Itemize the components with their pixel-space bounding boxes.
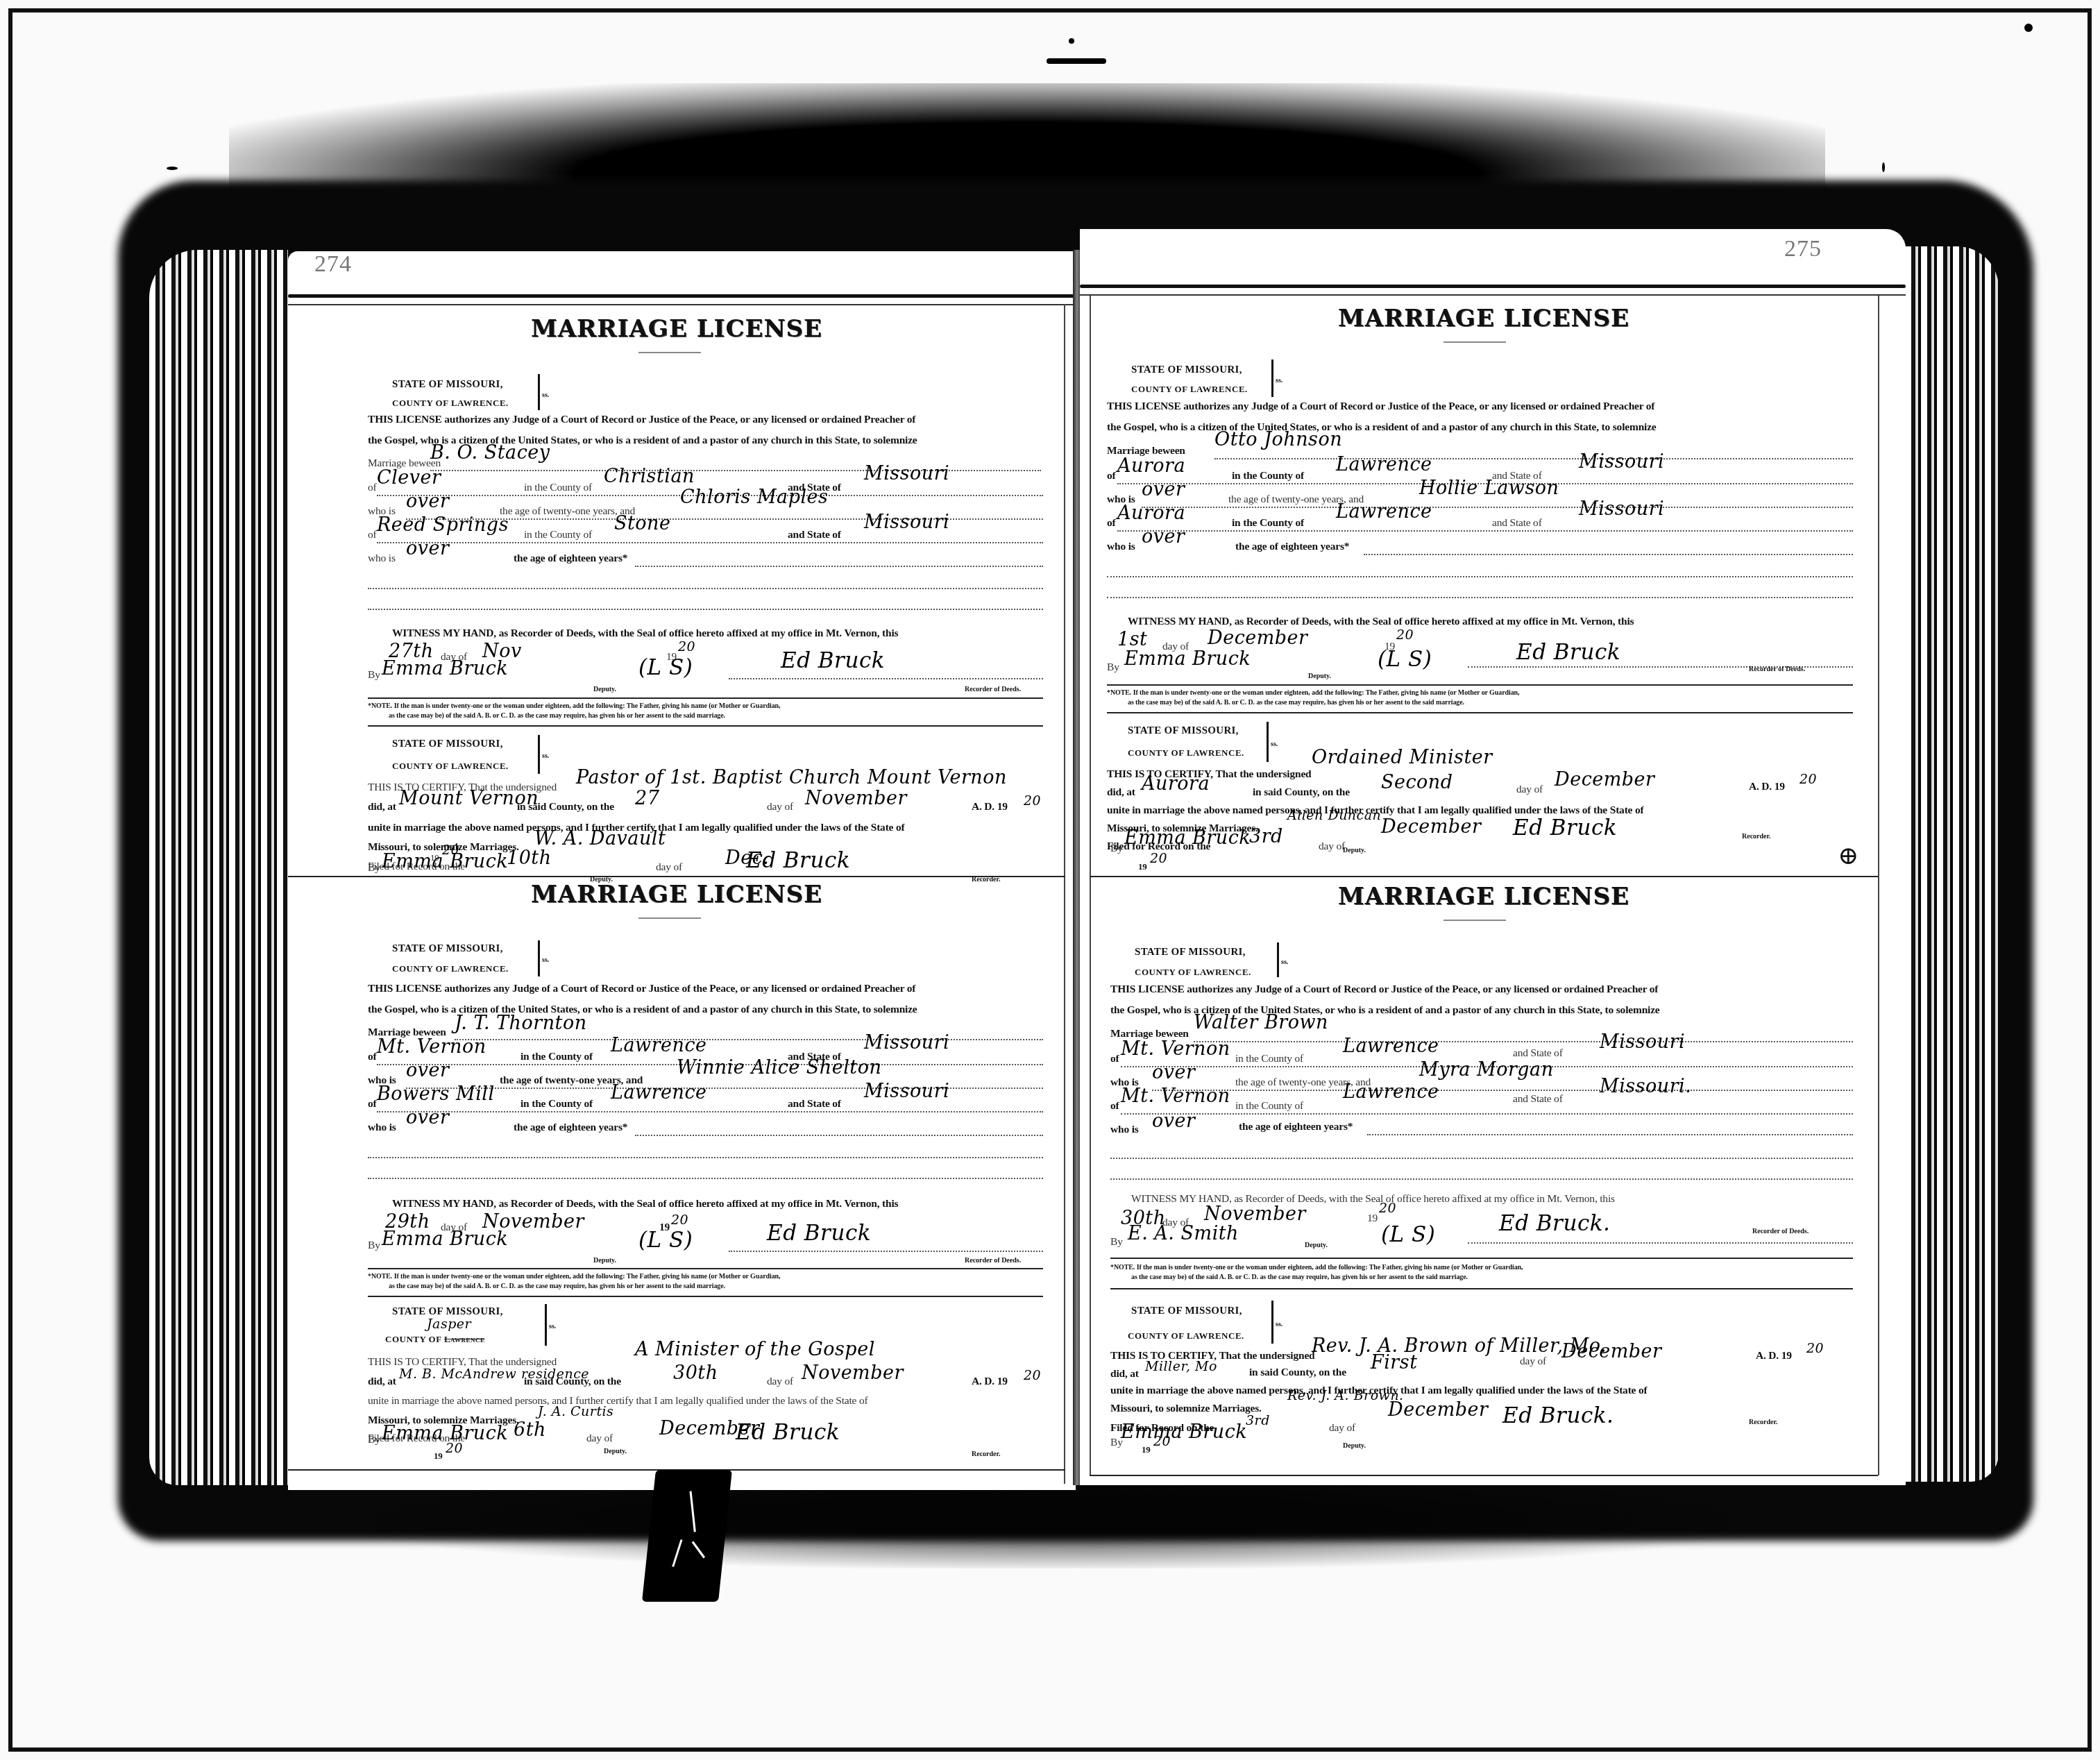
fill-line	[1107, 597, 1853, 598]
groom-name: B. O. Stacey	[430, 443, 550, 462]
ss-label: ss.	[542, 753, 549, 760]
bracket	[1271, 359, 1273, 397]
note-rule	[1107, 712, 1853, 713]
fill-line	[635, 1135, 1043, 1136]
county-label: COUNTY OF LAWRENCE.	[392, 761, 509, 770]
county-label: COUNTY OF LAWRENCE.	[1128, 1331, 1244, 1340]
note-rule	[368, 1268, 1043, 1269]
seal-mark: (L S)	[638, 657, 693, 679]
filed-deputy-signature: Emma Bruck	[1124, 827, 1251, 849]
ceremony-year: 20	[1024, 1369, 1041, 1382]
fill-line	[1110, 1178, 1853, 1180]
filed-deputy-signature: Emma Bruck	[1121, 1421, 1247, 1443]
bride-residence: Mt. Vernon	[1121, 1087, 1230, 1106]
label-year: 19	[434, 1450, 443, 1462]
deputy-signature: E. A. Smith	[1128, 1224, 1239, 1243]
label-recorder: Recorder.	[1749, 1419, 1778, 1426]
label-of: of	[368, 1099, 377, 1110]
bride-state: Missouri	[864, 513, 949, 532]
deputy-signature: Emma Bruck	[382, 1230, 508, 1249]
recorder-signature: Ed Bruck.	[1499, 1213, 1610, 1235]
label-deputy: Deputy.	[604, 1448, 627, 1455]
bride-name: Hollie Lawson	[1419, 479, 1559, 498]
page-edges-left	[149, 250, 288, 1485]
label-of: of	[368, 482, 377, 493]
bracket	[538, 735, 540, 774]
state-label: STATE OF MISSOURI,	[392, 380, 503, 390]
officiant-signature: Allen Duncan	[1287, 809, 1381, 822]
license-text: the Gospel, who is a citizen of the Unit…	[1110, 1005, 1660, 1016]
recorder-signature: Ed Bruck	[767, 1223, 871, 1244]
filed-month: December	[1388, 1401, 1489, 1419]
ceremony-place: Aurora	[1142, 775, 1210, 793]
label-deputy: Deputy.	[590, 876, 613, 883]
deputy-signature: Emma Bruck	[1124, 650, 1251, 668]
officiant-title: Pastor of 1st. Baptist Church Mount Vern…	[576, 768, 1007, 787]
label-year: 19	[1142, 1445, 1151, 1454]
page-margin-line	[1878, 296, 1879, 1475]
groom-age: over	[406, 1061, 449, 1080]
license-title: MARRIAGE LICENSE	[288, 317, 1065, 341]
ceremony-year: 20	[1800, 773, 1817, 786]
groom-name: Otto Johnson	[1214, 430, 1342, 449]
label-day-of: day of	[1319, 841, 1345, 852]
label-said-county: in said County, on the	[517, 802, 614, 813]
label-county: in the County of	[1232, 518, 1304, 529]
license-title: MARRIAGE LICENSE	[288, 883, 1065, 906]
film-speck	[167, 167, 178, 170]
label-by: By	[368, 670, 380, 681]
bride-residence: Reed Springs	[377, 516, 509, 534]
page-header-rule	[1080, 294, 1906, 296]
fill-line	[368, 1157, 1043, 1158]
filed-deputy-signature: Emma Bruck	[382, 1423, 508, 1444]
county-struck: Lawrence	[444, 1334, 485, 1344]
label-who-is: who is	[368, 1122, 396, 1133]
groom-age: over	[406, 492, 449, 511]
license-text: THIS LICENSE authorizes any Judge of a C…	[368, 983, 915, 995]
seal-mark: (L S)	[638, 1230, 693, 1251]
label-of: of	[1110, 1101, 1119, 1112]
bride-state: Missouri	[1579, 500, 1664, 518]
witness-year: 20	[671, 1214, 688, 1227]
ceremony-day: 27	[635, 789, 659, 808]
label-did-at: did, at	[368, 1376, 396, 1387]
license-title: MARRIAGE LICENSE	[1090, 885, 1878, 908]
officiant-signature: W. A. Davault	[534, 829, 666, 848]
label-by: By	[1107, 662, 1119, 673]
label-day-of: day of	[767, 802, 793, 813]
page-header-rule	[288, 304, 1076, 305]
bracket	[1277, 942, 1279, 977]
fill-line	[1194, 1041, 1853, 1042]
label-state: and State of	[1513, 1094, 1563, 1105]
note-rule	[368, 1296, 1043, 1297]
witness-text: WITNESS MY HAND, as Recorder of Deeds, w…	[1128, 616, 1634, 627]
license-text: THIS LICENSE authorizes any Judge of a C…	[1110, 984, 1658, 995]
bride-name: Winnie Alice Shelton	[677, 1058, 881, 1077]
note-text: as the case may be) of the said A. B. or…	[1128, 700, 1464, 706]
note-rule	[1110, 1258, 1853, 1259]
label-year: 19	[1367, 1213, 1378, 1224]
fill-line	[377, 1111, 1043, 1112]
filed-day: 3rd	[1246, 1414, 1270, 1428]
label-state: and State of	[1492, 518, 1542, 529]
label-who-is: who is	[368, 553, 396, 564]
note-text: as the case may be) of the said A. B. or…	[389, 1283, 725, 1290]
bracket	[538, 940, 540, 976]
label-deputy: Deputy.	[593, 1258, 616, 1264]
witness-year: 20	[1379, 1202, 1396, 1215]
note-rule	[368, 725, 1043, 727]
fill-line	[1214, 458, 1853, 459]
fill-line	[1364, 554, 1853, 555]
label-day-of: day of	[656, 861, 682, 874]
label-of: of	[368, 530, 377, 541]
deputy-signature: Emma Bruck	[382, 659, 508, 678]
groom-county: Lawrence	[1343, 1037, 1439, 1056]
groom-residence: Clever	[377, 468, 441, 487]
groom-county: Christian	[604, 467, 695, 486]
label-deputy: Deputy.	[1343, 1442, 1366, 1450]
solemnize-text: Missouri, to solemnize Marriages.	[1110, 1403, 1262, 1414]
witness-text: WITNESS MY HAND, as Recorder of Deeds, w…	[392, 628, 898, 639]
license-text: THIS LICENSE authorizes any Judge of a C…	[1107, 401, 1654, 412]
label-who-is: who is	[1107, 541, 1135, 552]
ceremony-month: November	[805, 789, 907, 808]
label-did-at: did, at	[1110, 1369, 1139, 1380]
label-day-of: day of	[1329, 1423, 1355, 1434]
ribbon-bookmark	[642, 1470, 732, 1602]
filed-deputy-signature: Emma Bruck	[382, 851, 508, 872]
groom-residence: Mt. Vernon	[377, 1038, 486, 1056]
bride-age: over	[406, 1108, 449, 1127]
state-label: STATE OF MISSOURI,	[1135, 947, 1246, 958]
filed-day: 3rd	[1249, 827, 1283, 846]
title-rule	[1443, 341, 1506, 343]
label-day-of: day of	[1516, 784, 1543, 795]
label-deputy: Deputy.	[1308, 673, 1331, 680]
fill-line	[377, 542, 1043, 543]
recorder-signature: Ed Bruck	[1516, 642, 1620, 663]
ss-label: ss.	[549, 1323, 556, 1330]
label-recorder: Recorder.	[1742, 833, 1771, 840]
page-header-rule	[1080, 285, 1906, 288]
recorder-signature: Ed Bruck	[781, 650, 885, 672]
label-state: and State of	[788, 530, 841, 541]
ceremony-day: 30th	[673, 1364, 718, 1382]
label-did-at: did, at	[1107, 787, 1135, 798]
title-rule	[1443, 920, 1506, 921]
fill-line	[635, 566, 1043, 567]
fill-line	[1107, 576, 1853, 577]
bride-age: over	[1142, 527, 1185, 546]
note-text: *NOTE. If the man is under twenty-one or…	[1107, 690, 1519, 697]
signature-line	[729, 678, 1043, 679]
filed-recorder-signature: Ed Bruck	[746, 848, 850, 873]
groom-age: over	[1142, 480, 1185, 499]
label-deputy: Deputy.	[1343, 847, 1366, 854]
note-rule	[368, 697, 1043, 699]
note-text: *NOTE. If the man is under twenty-one or…	[1110, 1264, 1523, 1271]
bride-state: Missouri	[864, 1082, 949, 1101]
note-text: *NOTE. If the man is under twenty-one or…	[368, 1274, 780, 1280]
label-who-is: who is	[1110, 1124, 1139, 1135]
label-state: and State of	[1513, 1048, 1563, 1059]
bracket	[545, 1304, 547, 1346]
ribbon-highlight	[692, 1541, 705, 1559]
groom-state: Missouri	[864, 1033, 949, 1052]
fill-line	[368, 609, 1043, 610]
filed-year: 20	[1150, 852, 1167, 865]
bride-residence: Bowers Mill	[377, 1085, 495, 1103]
groom-age: over	[1152, 1063, 1195, 1082]
bracket	[1267, 722, 1269, 762]
ceremony-year: 20	[1024, 795, 1041, 808]
label-by: By	[368, 1434, 380, 1446]
label-said-county: in said County, on the	[1249, 1367, 1346, 1378]
license-divider	[1090, 876, 1878, 877]
officiant-title: A Minister of the Gospel	[635, 1340, 875, 1359]
ribbon-highlight	[672, 1539, 682, 1567]
groom-residence: Mt. Vernon	[1121, 1040, 1230, 1058]
county-label: COUNTY OF LAWRENCE.	[392, 398, 509, 407]
bracket	[1271, 1301, 1273, 1344]
license-divider	[1090, 1475, 1878, 1476]
county-label: COUNTY OF LAWRENCE.	[1135, 967, 1251, 976]
groom-name: J. T. Thornton	[455, 1014, 587, 1033]
witness-day: 1st	[1117, 630, 1147, 649]
label-said-county: in said County, on the	[1253, 787, 1350, 798]
label-year: 19	[1138, 862, 1147, 871]
ceremony-year: 20	[1806, 1342, 1824, 1355]
witness-month: December	[1208, 629, 1308, 648]
label-county: in the County of	[1235, 1054, 1303, 1065]
label-of: of	[1110, 1054, 1119, 1065]
state-label: STATE OF MISSOURI,	[392, 1307, 503, 1317]
ceremony-month: December	[1561, 1342, 1662, 1361]
marriage-license-record: MARRIAGE LICENSE STATE OF MISSOURI, COUN…	[288, 879, 1065, 1469]
label-recorder-of-deeds: Recorder of Deeds.	[965, 686, 1021, 693]
fill-line	[1121, 1113, 1853, 1115]
note-rule	[1107, 684, 1853, 686]
license-text: the Gospel, who is a citizen of the Unit…	[1107, 422, 1657, 433]
ss-label: ss.	[1276, 378, 1282, 384]
label-ad: A. D. 19	[1756, 1351, 1792, 1362]
filed-day: 10th	[507, 849, 552, 868]
label-county: in the County of	[520, 1099, 593, 1110]
license-title: MARRIAGE LICENSE	[1090, 307, 1878, 330]
filed-recorder-signature: Ed Bruck	[736, 1420, 840, 1445]
title-rule	[638, 352, 701, 353]
page-header-rule	[288, 294, 1076, 298]
bride-county: Lawrence	[1343, 1083, 1439, 1101]
ss-label: ss.	[1281, 959, 1288, 966]
groom-name: Walter Brown	[1194, 1013, 1328, 1032]
label-did-at: did, at	[368, 802, 396, 813]
ceremony-place: Miller, Mo	[1145, 1360, 1217, 1373]
officiant-title: Ordained Minister	[1312, 748, 1493, 767]
county-label: COUNTY OF LAWRENCE.	[392, 964, 509, 973]
ss-label: ss.	[542, 957, 549, 964]
filed-month: December	[1381, 818, 1482, 836]
film-speck	[1069, 38, 1074, 44]
marriage-license-record: MARRIAGE LICENSE STATE OF MISSOURI, COUN…	[1090, 298, 1878, 874]
bride-state: Missouri.	[1600, 1077, 1691, 1096]
groom-residence: Aurora	[1117, 457, 1185, 475]
groom-state: Missouri	[864, 464, 949, 483]
note-text: as the case may be) of the said A. B. or…	[389, 713, 725, 720]
county-label-prefix: COUNTY OF	[385, 1334, 444, 1344]
bride-age: over	[406, 539, 449, 558]
label-county: in the County of	[524, 482, 592, 493]
witness-year: 20	[678, 641, 695, 654]
state-label: STATE OF MISSOURI,	[1131, 365, 1242, 375]
filed-recorder-signature: Ed Bruck.	[1502, 1403, 1614, 1428]
film-speck	[2024, 24, 2033, 32]
state-label: STATE OF MISSOURI,	[1131, 1306, 1242, 1317]
license-text: THIS LICENSE authorizes any Judge of a C…	[368, 414, 915, 425]
witness-year: 20	[1396, 629, 1414, 642]
label-by: By	[368, 1240, 380, 1251]
label-by: By	[1110, 1237, 1123, 1248]
bride-age: over	[1152, 1112, 1195, 1131]
groom-state: Missouri	[1579, 452, 1664, 471]
officiant-signature: J. A. Curtis	[538, 1405, 613, 1419]
signature-line	[1468, 1242, 1853, 1244]
state-label: STATE OF MISSOURI,	[392, 944, 503, 954]
fill-line	[455, 1039, 1043, 1040]
label-age-18: the age of eighteen years*	[514, 553, 627, 564]
label-recorder-of-deeds: Recorder of Deeds.	[1749, 666, 1805, 673]
label-of: of	[368, 1051, 377, 1063]
filed-day: 6th	[514, 1421, 546, 1439]
bracket	[538, 374, 540, 410]
fill-line	[368, 1178, 1043, 1179]
label-state: and State of	[788, 1099, 841, 1110]
title-rule	[638, 917, 701, 919]
ss-label: ss.	[1276, 1321, 1282, 1328]
label-age-18: the age of eighteen years*	[514, 1122, 627, 1133]
ceremony-month: December	[1555, 770, 1655, 789]
label-deputy: Deputy.	[593, 686, 616, 693]
witness-month: November	[1204, 1205, 1306, 1224]
fill-line	[1117, 530, 1853, 532]
cert-county-correction: Jasper	[427, 1318, 471, 1331]
label-recorder-of-deeds: Recorder of Deeds.	[1752, 1228, 1809, 1235]
note-rule	[1110, 1288, 1853, 1289]
label-day-of: day of	[586, 1433, 613, 1444]
label-age-18: the age of eighteen years*	[1235, 541, 1349, 552]
bride-name: Chloris Maples	[680, 488, 828, 507]
license-divider	[288, 876, 1065, 877]
film-speck	[1882, 162, 1885, 172]
page-number: 275	[1784, 236, 1822, 262]
ceremony-day: Second	[1381, 773, 1453, 792]
label-ad: A. D. 19	[972, 1376, 1008, 1387]
groom-state: Missouri	[1600, 1033, 1685, 1051]
right-page: 275 MARRIAGE LICENSE STATE OF MISSOURI, …	[1080, 229, 1906, 1485]
county-label: COUNTY OF LAWRENCE.	[1128, 748, 1244, 757]
license-text: the Gospel, who is a citizen of the Unit…	[368, 1004, 917, 1015]
ceremony-day: First	[1371, 1353, 1417, 1372]
label-recorder: Recorder.	[972, 1450, 1001, 1458]
bride-county: Lawrence	[611, 1083, 707, 1102]
seal-mark: (L S)	[1381, 1224, 1435, 1246]
groom-county: Lawrence	[1336, 455, 1432, 474]
label-county: in the County of	[520, 1051, 593, 1063]
bride-county: Lawrence	[1336, 502, 1432, 521]
fill-line	[1110, 1158, 1853, 1159]
page-edges-right	[1905, 246, 1999, 1482]
ribbon-highlight	[690, 1491, 696, 1532]
label-day-of: day of	[767, 1376, 793, 1387]
marriage-license-record: MARRIAGE LICENSE STATE OF MISSOURI, COUN…	[288, 310, 1065, 872]
label-ad: A. D. 19	[1749, 781, 1785, 793]
bride-residence: Aurora	[1117, 504, 1185, 523]
witness-text: WITNESS MY HAND, as Recorder of Deeds, w…	[392, 1199, 898, 1210]
label-of: of	[1107, 518, 1116, 529]
ss-label: ss.	[1271, 741, 1278, 748]
label-day-of: day of	[1520, 1356, 1546, 1367]
fill-line	[1367, 1134, 1853, 1135]
label-age-18: the age of eighteen years*	[1239, 1122, 1353, 1133]
note-text: as the case may be) of the said A. B. or…	[1131, 1274, 1468, 1281]
page-number: 274	[314, 251, 352, 278]
state-label: STATE OF MISSOURI,	[1128, 726, 1239, 736]
signature-line	[729, 1251, 1043, 1252]
bride-county: Stone	[614, 514, 670, 533]
label-county: in the County of	[1232, 471, 1304, 482]
county-label: COUNTY OF LAWRENCE.	[1131, 384, 1248, 394]
officiant-signature: Rev. J. A. Brown.	[1287, 1389, 1404, 1403]
fill-line	[368, 588, 1043, 589]
label-recorder: Recorder.	[972, 876, 1001, 883]
label-by: By	[368, 862, 380, 874]
unite-text: unite in marriage the above named person…	[368, 1396, 867, 1407]
fill-line	[1152, 1090, 1853, 1091]
label-ad: A. D. 19	[972, 802, 1008, 813]
label-county: in the County of	[1235, 1101, 1303, 1112]
bride-name: Myra Morgan	[1419, 1060, 1554, 1079]
label-recorder-of-deeds: Recorder of Deeds.	[965, 1258, 1021, 1264]
label-by: By	[1110, 843, 1123, 855]
ceremony-month: November	[802, 1364, 904, 1382]
state-label: STATE OF MISSOURI,	[392, 739, 503, 750]
label-of: of	[1107, 471, 1116, 482]
seal-mark: (L S)	[1378, 649, 1432, 670]
label-said-county: in said County, on the	[524, 1376, 621, 1387]
ss-label: ss.	[542, 392, 549, 399]
label-county: in the County of	[524, 530, 592, 541]
fill-line	[1142, 507, 1853, 508]
marriage-license-record: MARRIAGE LICENSE STATE OF MISSOURI, COUN…	[1090, 881, 1878, 1475]
registration-mark: ⊕	[1838, 841, 1858, 870]
filed-recorder-signature: Ed Bruck	[1513, 815, 1617, 840]
groom-county: Lawrence	[611, 1036, 707, 1055]
label-deputy: Deputy.	[1305, 1242, 1328, 1249]
film-mark	[1047, 58, 1106, 64]
note-text: *NOTE. If the man is under twenty-one or…	[368, 703, 780, 710]
